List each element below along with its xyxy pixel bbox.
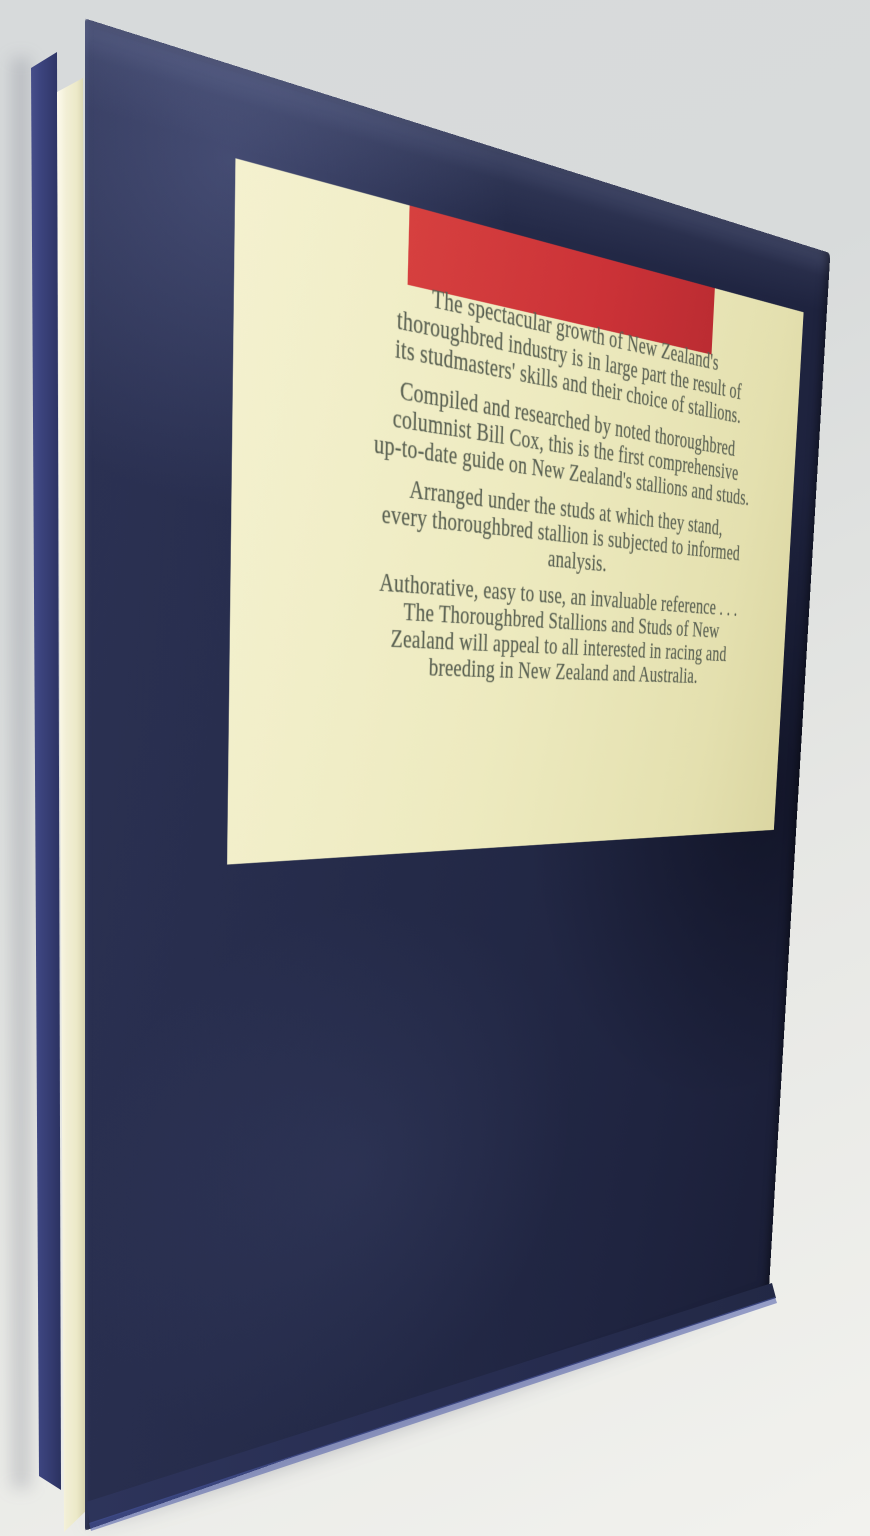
photo-backdrop: The spectacular growth of New Zealand'st…: [0, 0, 870, 1536]
front-cover-edge: [27, 50, 61, 1502]
book: The spectacular growth of New Zealand'st…: [85, 18, 830, 1530]
blurb: The spectacular growth of New Zealand'st…: [299, 256, 800, 700]
book-left-shadow: [12, 58, 30, 1488]
